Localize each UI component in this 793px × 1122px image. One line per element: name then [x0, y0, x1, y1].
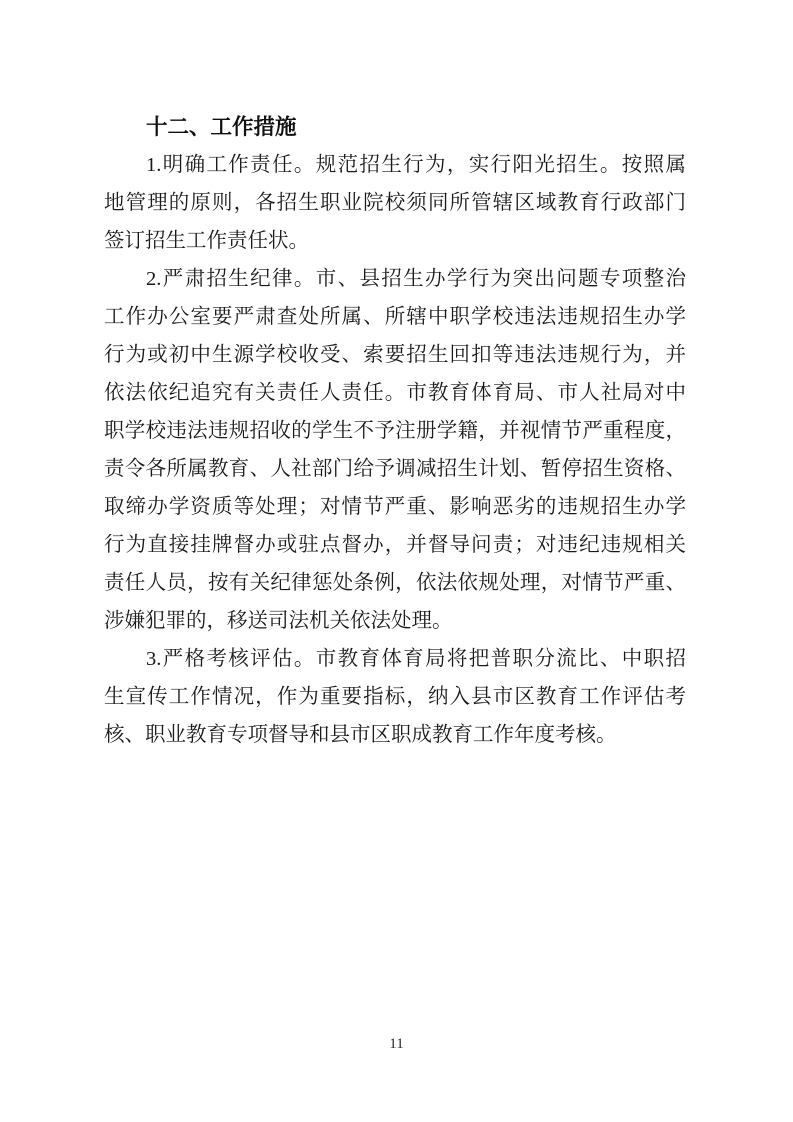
text-line: 1.明确工作责任。规范招生行为，实行阳光招生。按照属 [104, 146, 686, 184]
text-line: 涉嫌犯罪的，移送司法机关依法处理。 [104, 602, 686, 640]
section-heading: 十二、工作措施 [104, 108, 686, 146]
paragraph: 2.严肃招生纪律。市、县招生办学行为突出问题专项整治工作办公室要严肃查处所属、所… [104, 260, 686, 640]
document-body: 1.明确工作责任。规范招生行为，实行阳光招生。按照属地管理的原则，各招生职业院校… [104, 146, 686, 754]
text-line: 行为或初中生源学校收受、索要招生回扣等违法违规行为，并 [104, 336, 686, 374]
text-line: 责任人员，按有关纪律惩处条例，依法依规处理，对情节严重、 [104, 564, 686, 602]
document-page: 十二、工作措施 1.明确工作责任。规范招生行为，实行阳光招生。按照属地管理的原则… [0, 0, 793, 1122]
text-line: 2.严肃招生纪律。市、县招生办学行为突出问题专项整治 [104, 260, 686, 298]
paragraph: 1.明确工作责任。规范招生行为，实行阳光招生。按照属地管理的原则，各招生职业院校… [104, 146, 686, 260]
text-line: 职学校违法违规招收的学生不予注册学籍，并视情节严重程度， [104, 412, 686, 450]
text-line: 行为直接挂牌督办或驻点督办，并督导问责；对违纪违规相关 [104, 526, 686, 564]
text-line: 取缔办学资质等处理；对情节严重、影响恶劣的违规招生办学 [104, 488, 686, 526]
text-line: 工作办公室要严肃查处所属、所辖中职学校违法违规招生办学 [104, 298, 686, 336]
text-line: 3.严格考核评估。市教育体育局将把普职分流比、中职招 [104, 640, 686, 678]
text-line: 地管理的原则，各招生职业院校须同所管辖区域教育行政部门 [104, 184, 686, 222]
text-line: 生宣传工作情况，作为重要指标，纳入县市区教育工作评估考 [104, 678, 686, 716]
text-line: 依法依纪追究有关责任人责任。市教育体育局、市人社局对中 [104, 374, 686, 412]
text-line: 责令各所属教育、人社部门给予调减招生计划、暂停招生资格、 [104, 450, 686, 488]
paragraph: 3.严格考核评估。市教育体育局将把普职分流比、中职招生宣传工作情况，作为重要指标… [104, 640, 686, 754]
text-line: 核、职业教育专项督导和县市区职成教育工作年度考核。 [104, 716, 686, 754]
page-number: 11 [0, 1034, 793, 1054]
text-line: 签订招生工作责任状。 [104, 222, 686, 260]
